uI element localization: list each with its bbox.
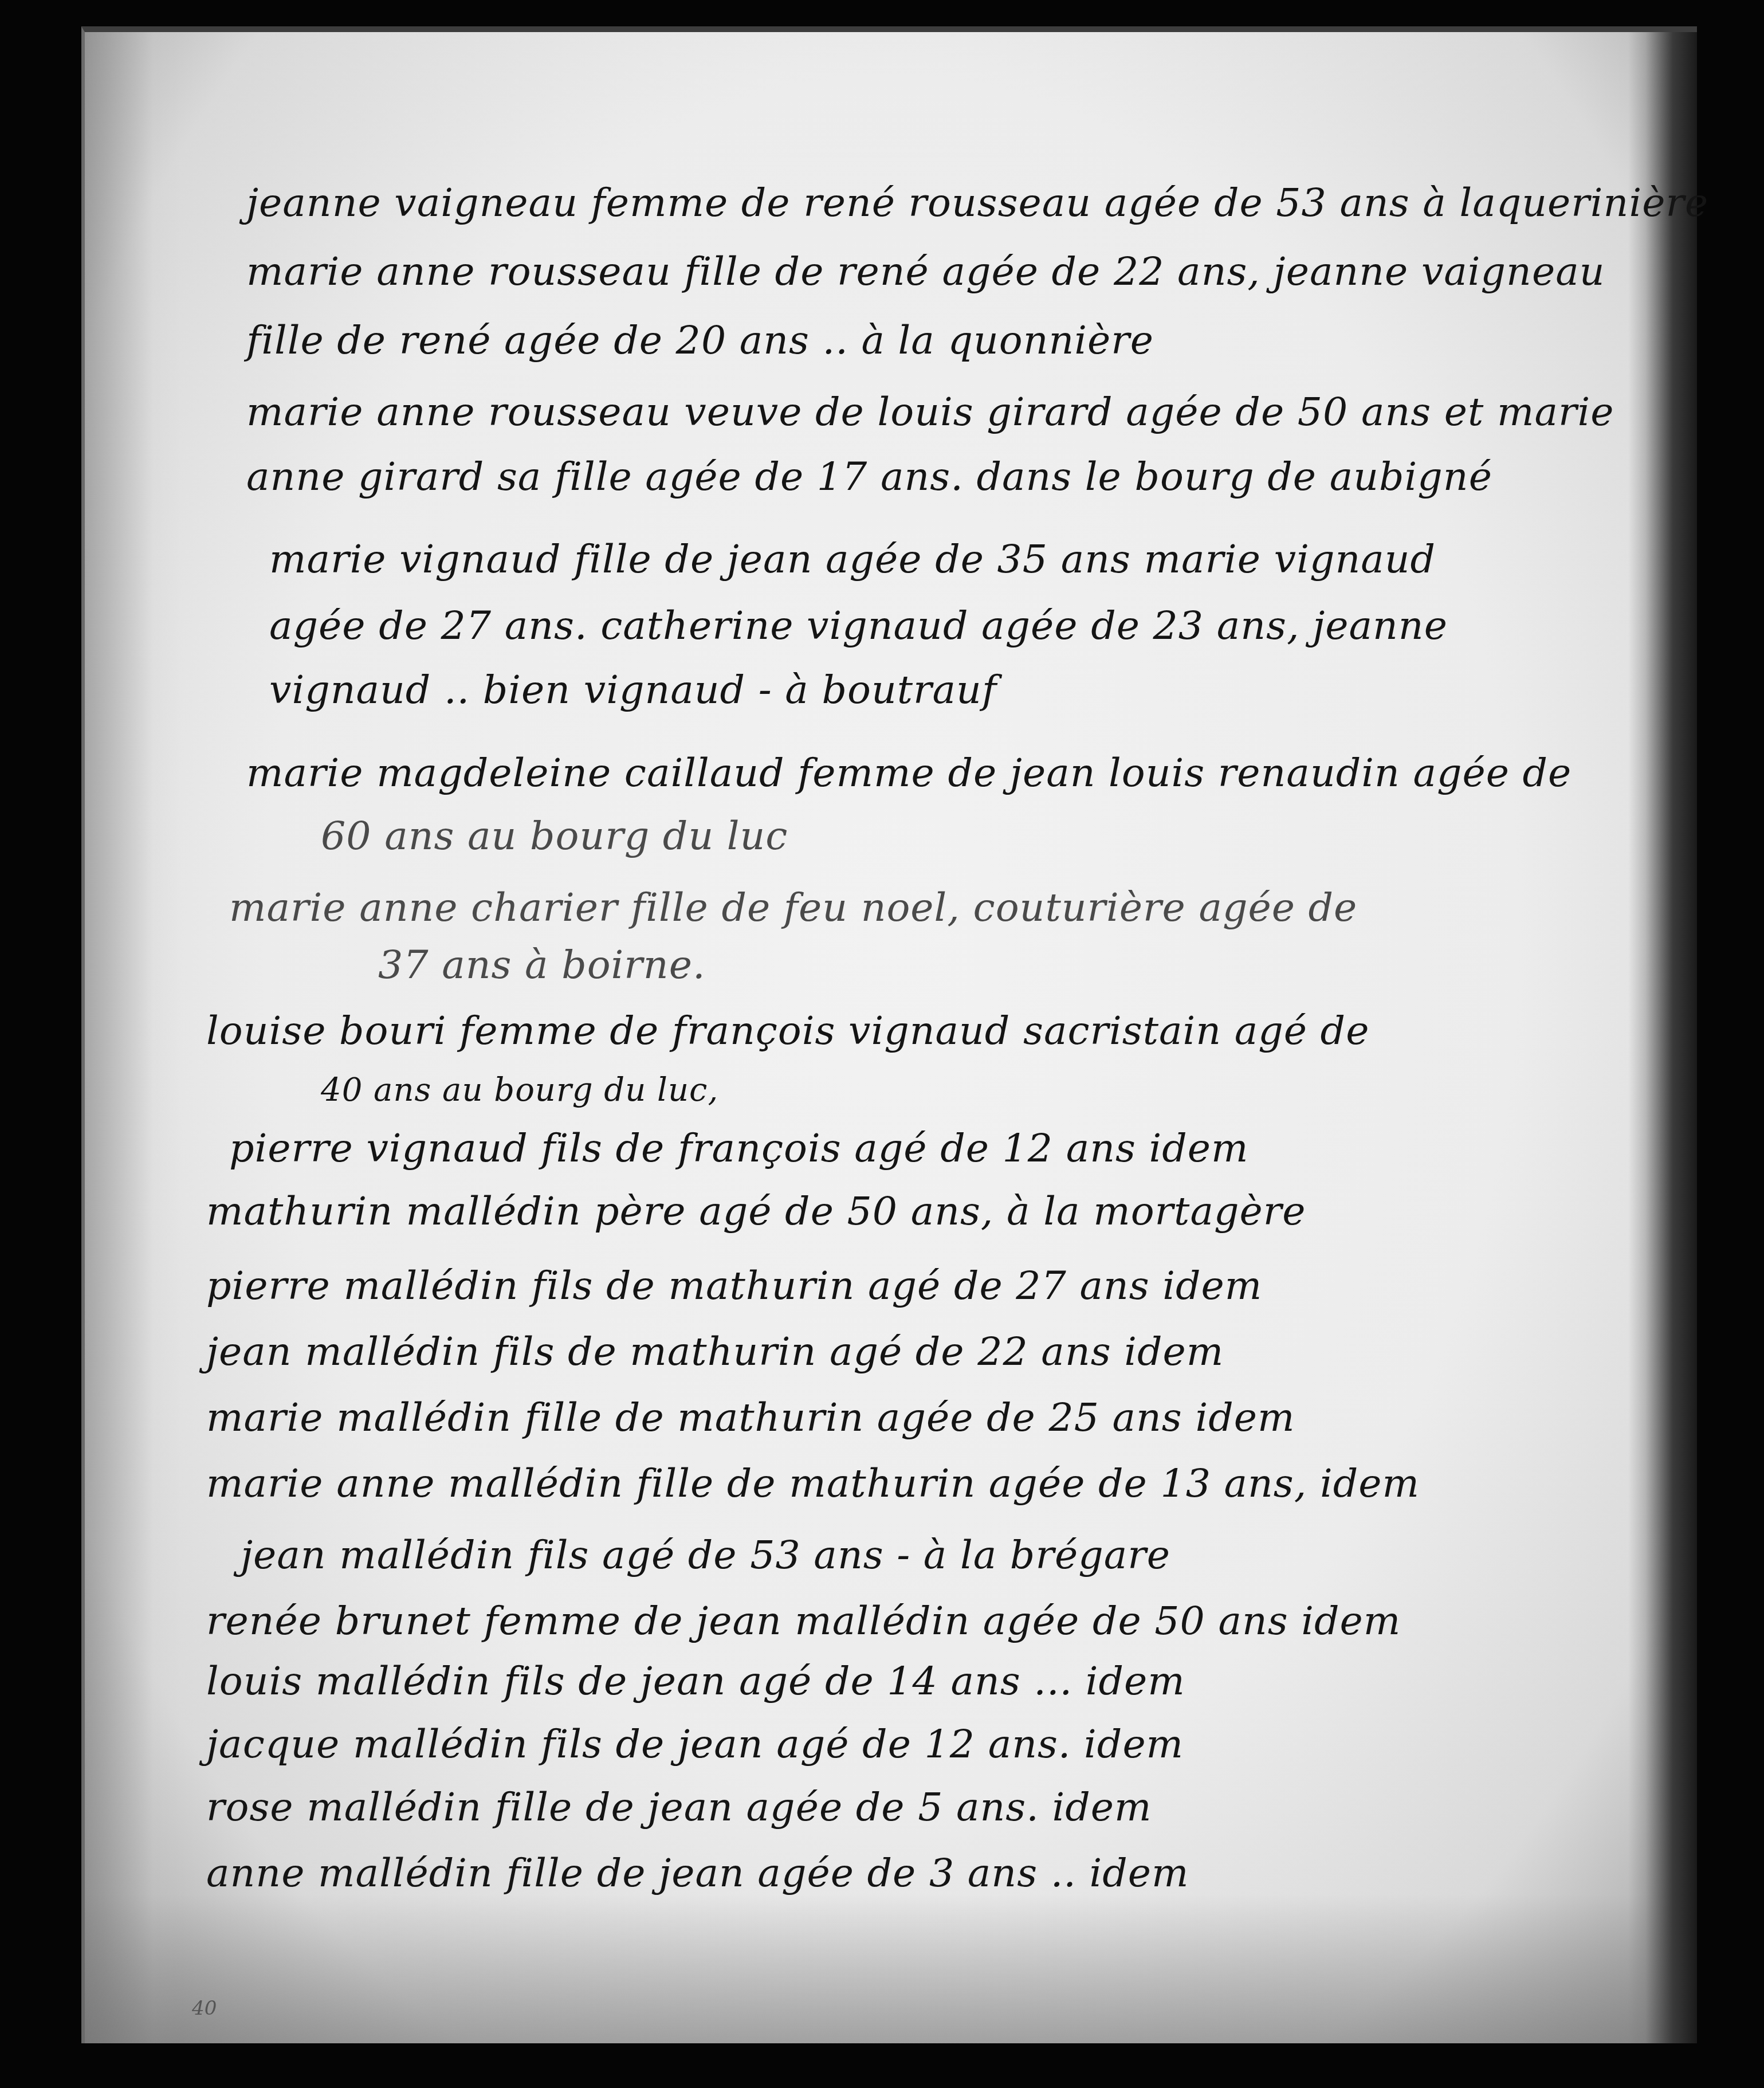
black-background: jeanne vaigneau femme de rené rousseau a…: [0, 0, 1764, 2088]
manuscript-line: marie anne charier fille de feu noel, co…: [229, 885, 1357, 931]
manuscript-line: louise bouri femme de françois vignaud s…: [206, 1008, 1369, 1054]
manuscript-line: jeanne vaigneau femme de rené rousseau a…: [246, 180, 1708, 226]
manuscript-line: renée brunet femme de jean mallédin agée…: [206, 1599, 1401, 1644]
manuscript-line: pierre vignaud fils de françois agé de 1…: [229, 1126, 1249, 1171]
manuscript-line: vignaud .. bien vignaud - à boutrauf: [269, 668, 997, 713]
manuscript-line: marie vignaud fille de jean agée de 35 a…: [269, 537, 1436, 582]
manuscript-line: jean mallédin fils agé de 53 ans - à la …: [241, 1533, 1170, 1578]
manuscript-line: fille de rené agée de 20 ans .. à la quo…: [246, 318, 1154, 363]
manuscript-line: marie mallédin fille de mathurin agée de…: [206, 1395, 1295, 1441]
manuscript-line: anne girard sa fille agée de 17 ans. dan…: [246, 454, 1492, 500]
manuscript-line: 60 ans au bourg du luc: [321, 814, 788, 859]
corner-page-mark: 40: [192, 1997, 217, 2020]
manuscript-line: agée de 27 ans. catherine vignaud agée d…: [269, 603, 1448, 649]
manuscript-line: 40 ans au bourg du luc,: [321, 1072, 718, 1109]
manuscript-line: 37 ans à boirne.: [378, 943, 706, 988]
manuscript-line: anne mallédin fille de jean agée de 3 an…: [206, 1851, 1189, 1896]
manuscript-line: jean mallédin fils de mathurin agé de 22…: [206, 1329, 1224, 1375]
manuscript-line: marie anne rousseau veuve de louis girar…: [246, 390, 1614, 435]
page-shadow: [85, 1894, 1697, 2043]
manuscript-line: marie anne rousseau fille de rené agée d…: [246, 249, 1605, 295]
manuscript-line: louis mallédin fils de jean agé de 14 an…: [206, 1659, 1185, 1704]
manuscript-line: mathurin mallédin père agé de 50 ans, à …: [206, 1189, 1306, 1234]
manuscript-line: marie anne mallédin fille de mathurin ag…: [206, 1461, 1420, 1506]
manuscript-line: marie magdeleine caillaud femme de jean …: [246, 751, 1572, 796]
manuscript-line: jacque mallédin fils de jean agé de 12 a…: [206, 1722, 1184, 1767]
manuscript-line: pierre mallédin fils de mathurin agé de …: [206, 1263, 1262, 1309]
manuscript-line: rose mallédin fille de jean agée de 5 an…: [206, 1785, 1152, 1830]
